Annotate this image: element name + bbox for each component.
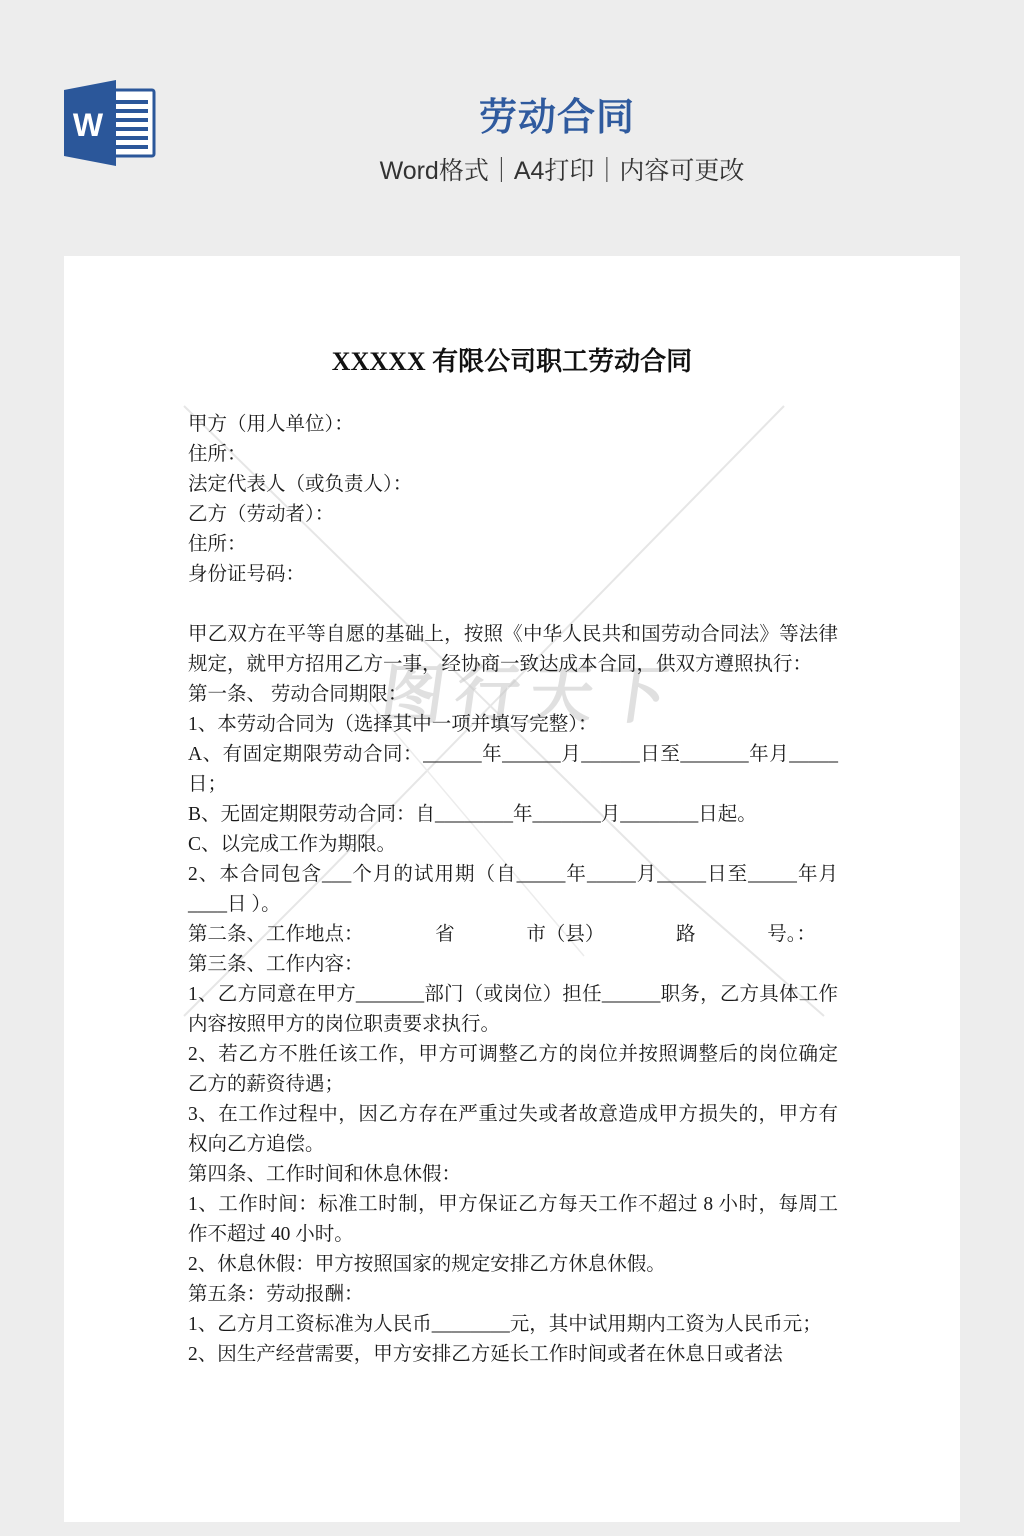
article1-option-a: A、有固定期限劳动合同：______年______月______日至______…	[188, 740, 838, 800]
article4-item2: 2、休息休假：甲方按照国家的规定安排乙方休息休假。	[188, 1250, 838, 1280]
article1-heading: 第一条、 劳动合同期限：	[188, 680, 838, 710]
document-page: 图行天下 XXXXX 有限公司职工劳动合同 甲方（用人单位）： 住所： 法定代表…	[64, 256, 960, 1522]
party-b-line: 乙方（劳动者）：	[188, 500, 838, 530]
article1-option-c: C、以完成工作为期限。	[188, 830, 838, 860]
paragraph-gap	[188, 590, 838, 620]
legal-representative-line: 法定代表人（或负责人）：	[188, 470, 838, 500]
header-title: 劳动合同	[0, 94, 1024, 142]
party-b-address-line: 住所：	[188, 530, 838, 560]
article2-number: 号。：	[767, 920, 816, 950]
article2-heading: 第二条、工作地点：	[188, 920, 364, 950]
article1-item2: 2、本合同包含___个月的试用期（自_____年_____月_____日至___…	[188, 860, 838, 920]
article3-item1: 1、乙方同意在甲方_______部门（或岗位）担任______职务，乙方具体工作…	[188, 980, 838, 1040]
article2-province: 省	[435, 920, 455, 950]
article1-item1: 1、本劳动合同为（选择其中一项并填写完整）：	[188, 710, 838, 740]
header-subtitle: Word格式｜A4打印｜内容可更改	[0, 153, 1024, 189]
article5-item2: 2、因生产经营需要，甲方安排乙方延长工作时间或者在休息日或者法	[188, 1340, 838, 1370]
party-a-address-line: 住所：	[188, 440, 838, 470]
document-body: 甲方（用人单位）： 住所： 法定代表人（或负责人）： 乙方（劳动者）： 住所： …	[188, 410, 838, 1370]
article4-item1: 1、工作时间：标准工时制，甲方保证乙方每天工作不超过 8 小时，每周工作不超过 …	[188, 1190, 838, 1250]
party-a-line: 甲方（用人单位）：	[188, 410, 838, 440]
article3-item2: 2、若乙方不胜任该工作，甲方可调整乙方的岗位并按照调整后的岗位确定乙方的薪资待遇…	[188, 1040, 838, 1100]
article2-city: 市（县）	[526, 920, 604, 950]
article1-option-b: B、无固定期限劳动合同：自________年_______月________日起…	[188, 800, 838, 830]
article2-road: 路	[676, 920, 696, 950]
id-number-line: 身份证号码：	[188, 560, 838, 590]
article5-item1: 1、乙方月工资标准为人民币________元，其中试用期内工资为人民币元；	[188, 1310, 838, 1340]
article3-item3: 3、在工作过程中，因乙方存在严重过失或者故意造成甲方损失的，甲方有权向乙方追偿。	[188, 1100, 838, 1160]
article4-heading: 第四条、工作时间和休息休假：	[188, 1160, 838, 1190]
intro-paragraph: 甲乙双方在平等自愿的基础上，按照《中华人民共和国劳动合同法》等法律规定，就甲方招…	[188, 620, 838, 680]
document-title: XXXXX 有限公司职工劳动合同	[64, 344, 960, 380]
article5-heading: 第五条：劳动报酬：	[188, 1280, 838, 1310]
article2-line: 第二条、工作地点： 省 市（县） 路 号。：	[188, 920, 838, 950]
article3-heading: 第三条、工作内容：	[188, 950, 838, 980]
header-banner: W 劳动合同 Word格式｜A4打印｜内容可更改	[0, 0, 1024, 256]
